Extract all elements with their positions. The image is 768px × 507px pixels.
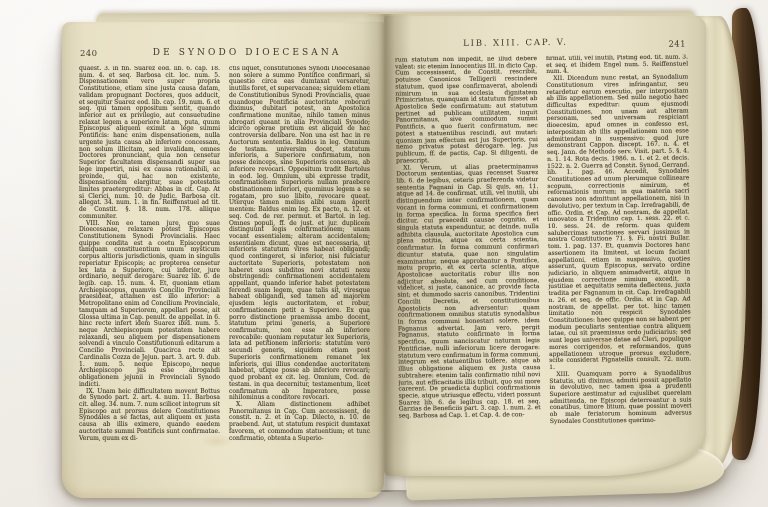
- left-page: 240 DE SYNODO DIOECESANA quaest. 3. in f…: [62, 22, 384, 498]
- book-photograph: 240 DE SYNODO DIOECESANA quaest. 3. in f…: [0, 0, 768, 507]
- right-page: LIB. XIII. CAP. V. 241 rum statutum non …: [384, 16, 706, 476]
- paragraph-ix: IX. Unam heic difficultatem movent Bottu…: [79, 389, 220, 443]
- right-page-columns: rum statutum non impedit, ne illud deber…: [395, 54, 692, 443]
- left-page-number: 240: [80, 49, 97, 59]
- right-column-2: firmat. utili, vel inutili, Pisting eod.…: [546, 54, 692, 441]
- right-column-1: rum statutum non impedit, ne illud deber…: [395, 56, 541, 443]
- paper-stain: [590, 334, 616, 352]
- left-page-columns: quaest. 3. in fin. Suarez eod. lib. 6. c…: [79, 66, 370, 452]
- right-running-header: LIB. XIII. CAP. V.: [463, 38, 568, 49]
- left-column-1: quaest. 3. in fin. Suarez eod. lib. 6. c…: [79, 66, 220, 452]
- paragraph-viii: VIII. Non eo tamen jure, quo suae Dioece…: [79, 221, 220, 389]
- left-page-text-block: 240 DE SYNODO DIOECESANA quaest. 3. in f…: [62, 22, 384, 498]
- paragraph-x: X. Aliam distinctionem adhibet Panormita…: [229, 402, 370, 442]
- paragraph: ctis liquet, constitutiones Synodi Dioec…: [229, 66, 370, 402]
- paragraph-xii: XII. Dicendum nunc restat, an Synodalium…: [546, 75, 691, 372]
- paragraph-xi: XI. Verum, ut alias praeterminamus Docto…: [396, 164, 541, 421]
- paragraph: quaest. 3. in fin. Suarez eod. lib. 6. c…: [79, 66, 220, 221]
- right-page-number: 241: [668, 40, 686, 50]
- left-page-header-row: 240 DE SYNODO DIOECESANA: [79, 48, 370, 61]
- left-column-2: ctis liquet, constitutiones Synodi Dioec…: [229, 66, 370, 452]
- paragraph-xiii: XIII. Quamquam porro a Synodalibus Statu…: [549, 370, 692, 425]
- open-book: 240 DE SYNODO DIOECESANA quaest. 3. in f…: [50, 4, 766, 504]
- left-running-header: DE SYNODO DIOECESANA: [153, 48, 342, 58]
- right-page-text-block: LIB. XIII. CAP. V. 241 rum statutum non …: [384, 16, 706, 476]
- paper-stain: [200, 434, 234, 448]
- paragraph: rum statutum non impedit, ne illud deber…: [395, 56, 538, 165]
- right-page-header-row: LIB. XIII. CAP. V. 241: [395, 36, 688, 52]
